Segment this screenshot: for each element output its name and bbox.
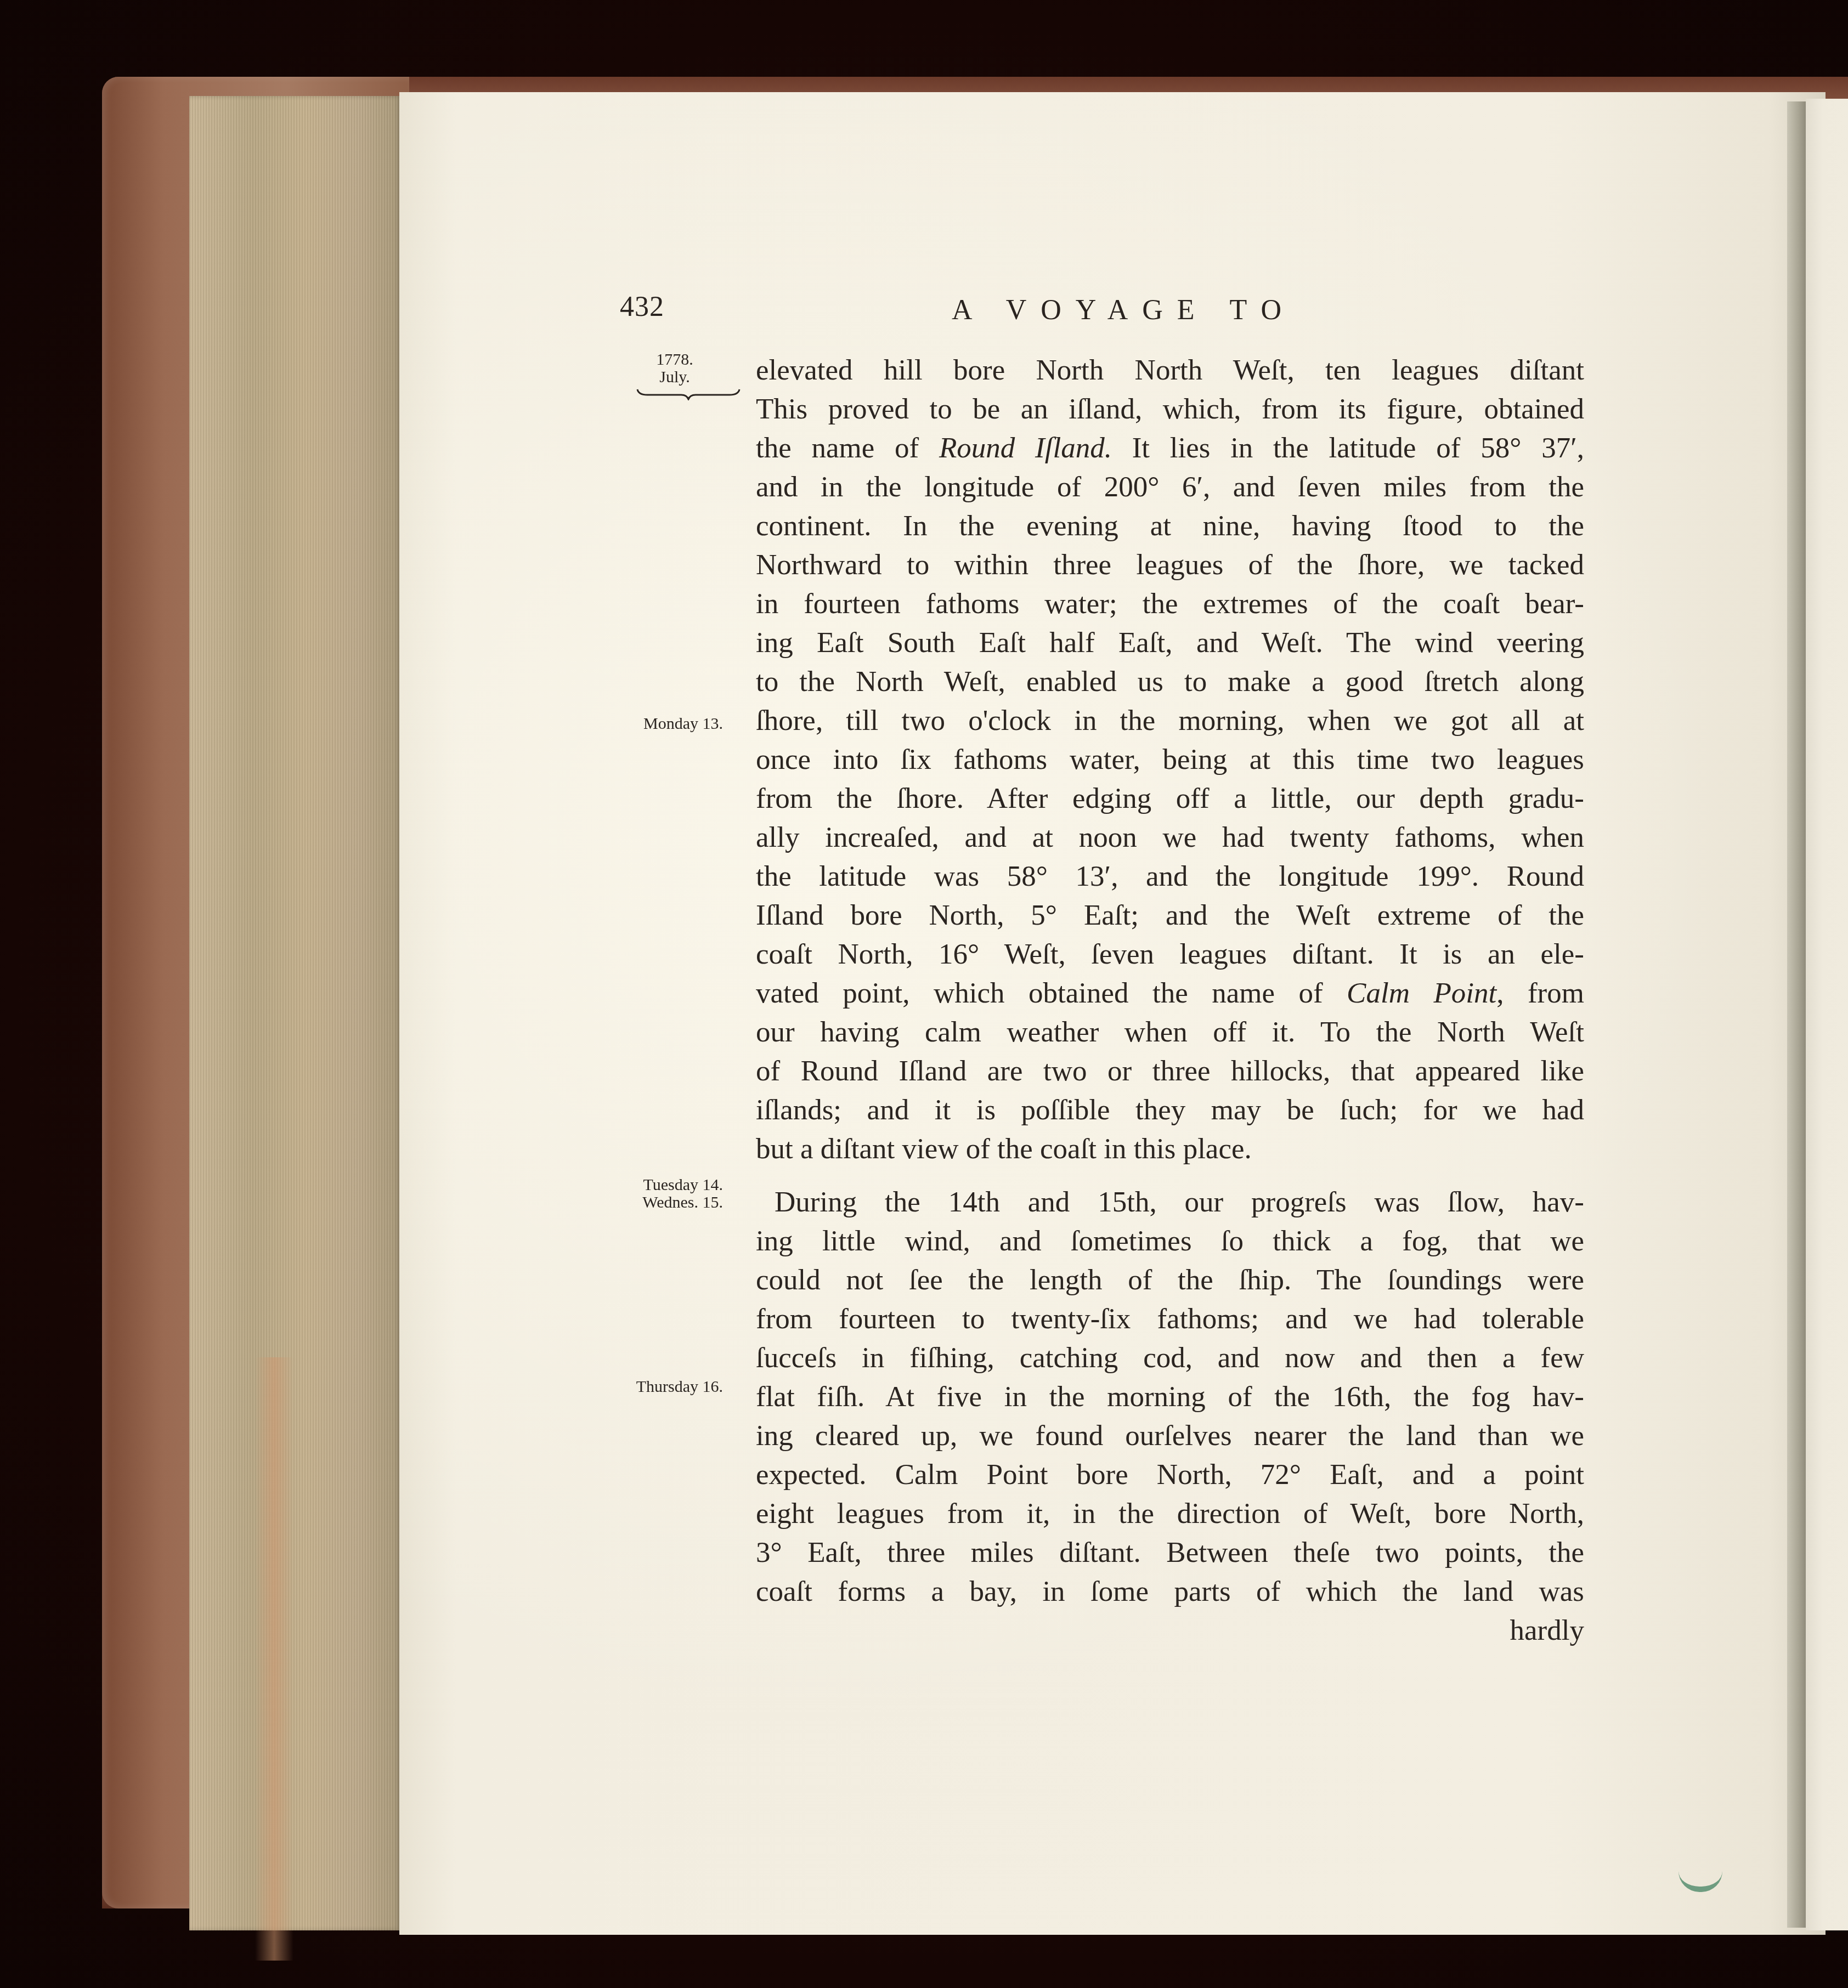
place-name-round-island: Round Iſland. [939, 432, 1112, 464]
text-line: could not ſee the length of the ſhip. Th… [756, 1261, 1584, 1300]
text-line: from fourteen to twenty-ſix fathoms; and… [756, 1300, 1584, 1339]
water-stain [255, 1357, 293, 1961]
text-line: and in the longitude of 200° 6′, and ſev… [756, 468, 1584, 507]
margin-note-wednesday: Wednes. 15. [602, 1194, 723, 1211]
brace-icon [636, 388, 741, 400]
running-head: 432 A VOYAGE TO [620, 291, 1574, 335]
text-line: coaſt North, 16° Weſt, ſeven leagues diſ… [756, 935, 1584, 974]
text-line-with-italic: vated point, which obtained the name of … [756, 974, 1584, 1013]
paragraph-2: During the 14th and 15th, our progreſs w… [756, 1183, 1584, 1611]
margin-year-label: 1778. [620, 351, 730, 369]
text-line: but a diſtant view of the coaſt in this … [756, 1130, 1584, 1169]
text-line: the latitude was 58° 13′, and the longit… [756, 857, 1584, 896]
running-title: A VOYAGE TO [952, 294, 1296, 326]
text-line: elevated hill bore North North Weſt, ten… [756, 351, 1584, 390]
place-name-calm-point: Calm Point [1347, 977, 1496, 1009]
text-line: This proved to be an iſland, which, from… [756, 390, 1584, 429]
text-line: 3° Eaſt, three miles diſtant. Between th… [756, 1533, 1584, 1572]
facing-page-edge [1806, 99, 1848, 1930]
text-line: Northward to within three leagues of the… [756, 546, 1584, 585]
text-line: ſhore, till two o'clock in the morning, … [756, 701, 1584, 740]
gutter-shadow [1787, 101, 1806, 1928]
text-line: ing cleared up, we found ourſelves neare… [756, 1417, 1584, 1455]
text-line: iſlands; and it is poſſible they may be … [756, 1091, 1584, 1130]
text-line: ing Eaſt South Eaſt half Eaſt, and Weſt.… [756, 624, 1584, 662]
text-line: ally increaſed, and at noon we had twent… [756, 818, 1584, 857]
text-line: our having calm weather when off it. To … [756, 1013, 1584, 1052]
body-text: elevated hill bore North North Weſt, ten… [756, 351, 1584, 1650]
text-line: coaſt forms a bay, in ſome parts of whic… [756, 1572, 1584, 1611]
margin-date-year: 1778. July. [620, 351, 730, 400]
margin-note-thursday: Thursday 16. [602, 1378, 723, 1396]
text-line: During the 14th and 15th, our progreſs w… [756, 1183, 1584, 1222]
text-line: of Round Iſland are two or three hillock… [756, 1052, 1584, 1091]
text-line: flat fiſh. At five in the morning of the… [756, 1378, 1584, 1417]
catchword: hardly [756, 1611, 1584, 1650]
page-block-edges [189, 96, 400, 1930]
text-line-with-italic: the name of Round Iſland. It lies in the… [756, 429, 1584, 468]
text-line: to the North Weſt, enabled us to make a … [756, 662, 1584, 701]
text-line: ing little wind, and ſometimes ſo thick … [756, 1222, 1584, 1261]
text-line: eight leagues from it, in the direction … [756, 1494, 1584, 1533]
text-line: continent. In the evening at nine, havin… [756, 507, 1584, 546]
text-line: from the ſhore. After edging off a littl… [756, 779, 1584, 818]
text-segment: , from [1496, 977, 1584, 1009]
paragraph-1: elevated hill bore North North Weſt, ten… [756, 351, 1584, 1169]
text-segment: It lies in the latitude of 58° 37′, [1112, 432, 1584, 464]
text-segment: the name of [756, 432, 939, 464]
text-line: Iſland bore North, 5° Eaſt; and the Weſt… [756, 896, 1584, 935]
text-line: once into ſix fathoms water, being at th… [756, 740, 1584, 779]
text-line: ſucceſs in fiſhing, catching cod, and no… [756, 1339, 1584, 1378]
page-number: 432 [620, 291, 664, 323]
text-line: expected. Calm Point bore North, 72° Eaſ… [756, 1455, 1584, 1494]
paragraph-gap [756, 1169, 1584, 1183]
margin-month-label: July. [620, 369, 730, 386]
margin-note-tuesday: Tuesday 14. [602, 1176, 723, 1194]
text-segment: vated point, which obtained the name of [756, 977, 1347, 1009]
text-line: in fourteen fathoms water; the extremes … [756, 585, 1584, 624]
margin-note-monday: Monday 13. [608, 715, 723, 733]
